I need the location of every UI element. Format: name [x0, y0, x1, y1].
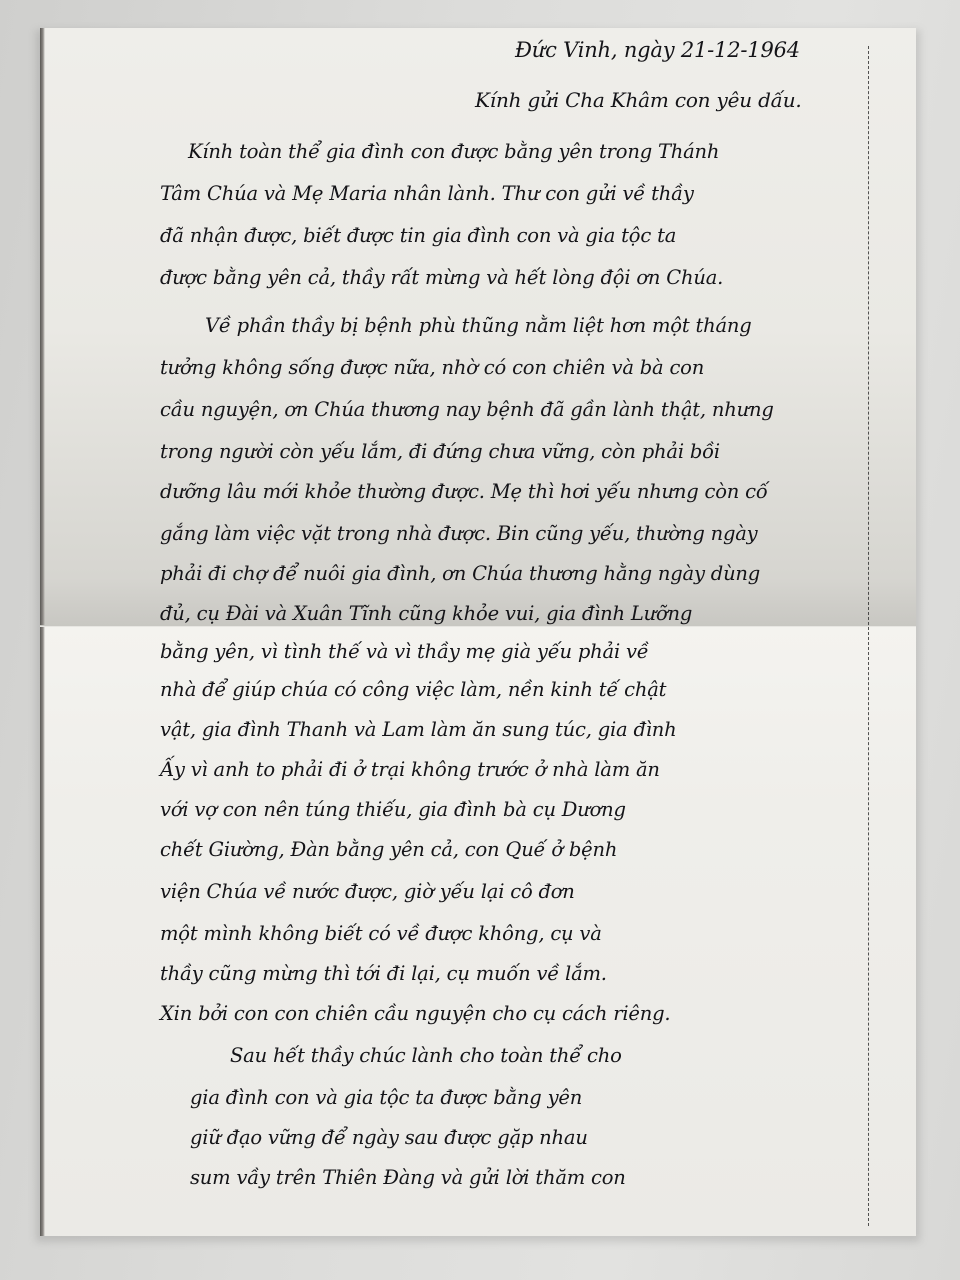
handwritten-text-closing — [0, 0, 960, 1280]
